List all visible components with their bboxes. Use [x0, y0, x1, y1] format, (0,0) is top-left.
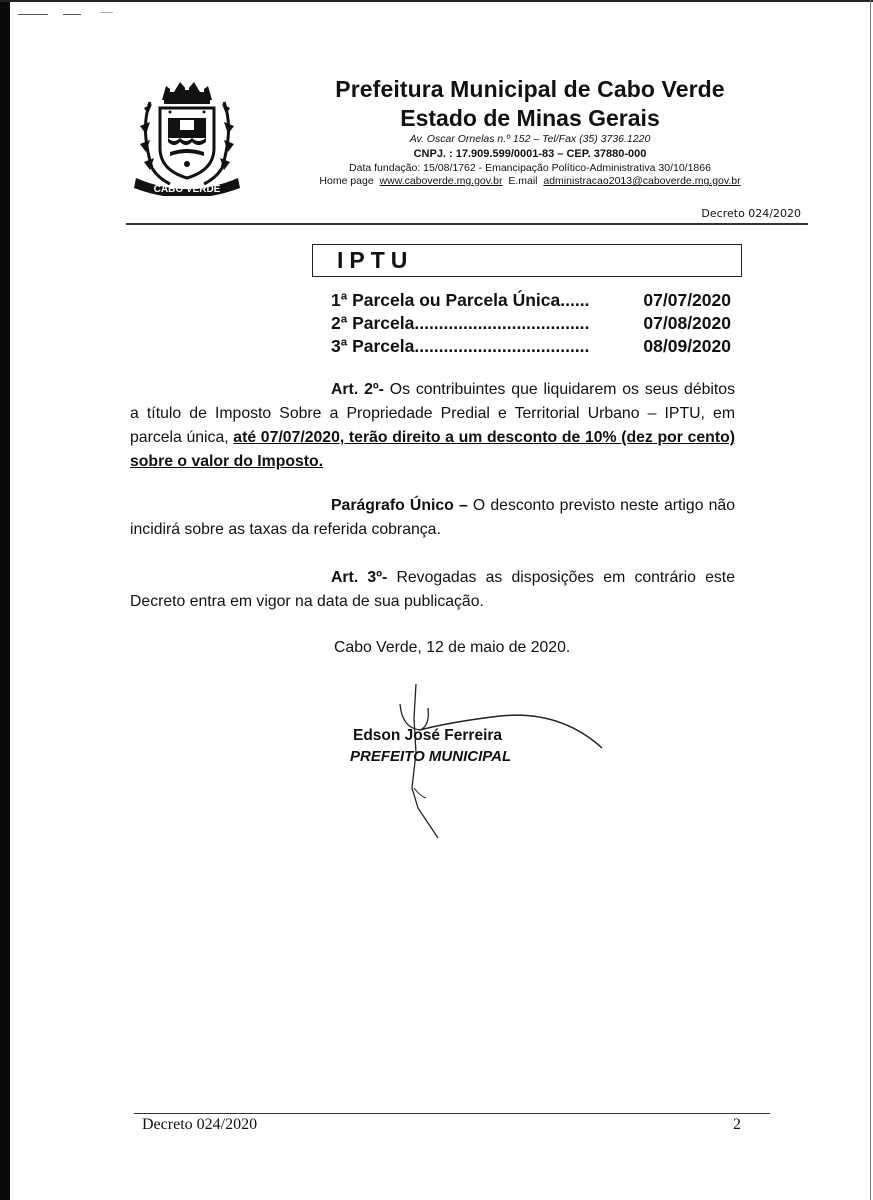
article-3-heading: Art. 3º-: [331, 569, 387, 586]
signatory-name: Edson José Ferreira: [353, 727, 502, 745]
iptu-title-box: IPTU: [312, 244, 742, 277]
installment-row: 3ª Parcela .............................…: [331, 335, 731, 358]
installment-schedule: 1ª Parcela ou Parcela Única ...... 07/07…: [331, 289, 731, 358]
decree-reference-header: Decreto 024/2020: [701, 207, 801, 220]
installment-label: 1ª Parcela ou Parcela Única: [331, 289, 560, 312]
installment-row: 1ª Parcela ou Parcela Única ...... 07/07…: [331, 289, 731, 312]
page-number: 2: [733, 1116, 741, 1134]
letterhead-address: Av. Oscar Ornelas n.º 152 – Tel/Fax (35)…: [270, 133, 790, 145]
scan-edge-right: [870, 0, 871, 1200]
sole-paragraph-heading: Parágrafo Único –: [331, 497, 468, 514]
installment-leader: ......: [560, 289, 643, 312]
email-label: E.mail: [508, 175, 537, 187]
installment-date: 07/08/2020: [643, 312, 731, 335]
municipal-coat-of-arms-icon: CABO VERDE: [130, 78, 245, 196]
installment-leader: ....................................: [414, 312, 643, 335]
article-3: Art. 3º- Revogadas as disposições em con…: [130, 566, 735, 614]
article-2: Art. 2º- Os contribuintes que liquidarem…: [130, 378, 735, 474]
letterhead-subtitle: Estado de Minas Gerais: [270, 105, 790, 132]
article-2-heading: Art. 2º-: [331, 381, 384, 398]
letterhead-foundation: Data fundação: 15/08/1762 - Emancipação …: [270, 162, 790, 174]
homepage-label: Home page: [319, 175, 373, 187]
article-3-text: Revogadas as disposições em contrário es…: [130, 569, 735, 610]
installment-row: 2ª Parcela .............................…: [331, 312, 731, 335]
letterhead-cnpj: CNPJ. : 17.909.599/0001-83 – CEP. 37880-…: [270, 148, 790, 160]
iptu-title: IPTU: [337, 247, 413, 274]
scan-edge-top: [0, 0, 873, 2]
installment-date: 08/09/2020: [643, 335, 731, 358]
place-and-date: Cabo Verde, 12 de maio de 2020.: [334, 639, 570, 657]
signatory-role: PREFEITO MUNICIPAL: [350, 748, 511, 765]
footer-decree-reference: Decreto 024/2020: [142, 1116, 257, 1134]
email-link[interactable]: administracao2013@caboverde.mg.gov.br: [543, 175, 740, 187]
svg-text:CABO VERDE: CABO VERDE: [154, 184, 221, 195]
sole-paragraph: Parágrafo Único – O desconto previsto ne…: [130, 494, 735, 542]
installment-label: 3ª Parcela: [331, 335, 414, 358]
letterhead-contacts: Home page www.caboverde.mg.gov.br E.mail…: [270, 175, 790, 187]
scan-edge-left: [0, 0, 10, 1200]
letterhead-title: Prefeitura Municipal de Cabo Verde: [270, 76, 790, 103]
installment-leader: ....................................: [414, 335, 643, 358]
footer-divider: [134, 1113, 770, 1114]
installment-date: 07/07/2020: [643, 289, 731, 312]
header-divider: [126, 223, 808, 225]
installment-label: 2ª Parcela: [331, 312, 414, 335]
homepage-link[interactable]: www.caboverde.mg.gov.br: [380, 175, 503, 187]
